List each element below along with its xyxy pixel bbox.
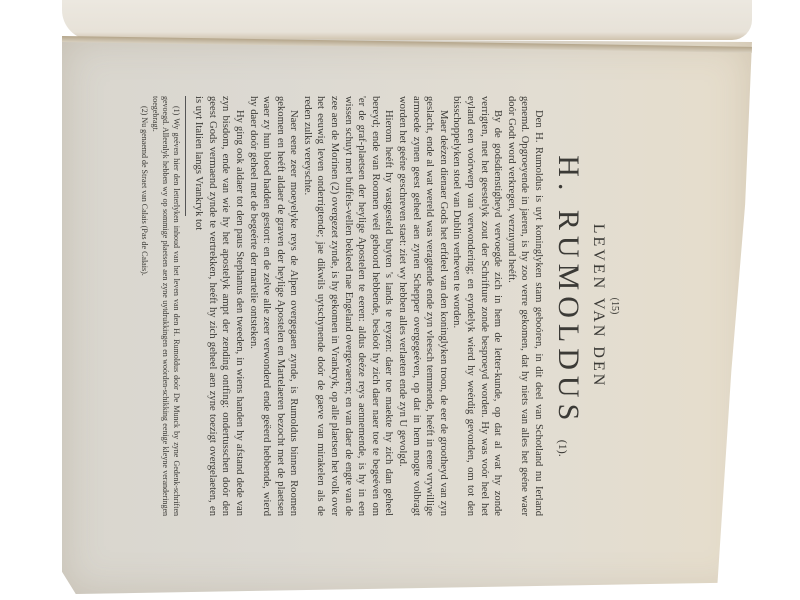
- paragraph-4: Hierom heéft hy vastgesteld buyten 's la…: [300, 96, 395, 516]
- footnote-2: (2) Nu genaemd de Straet van Calais (Pas…: [139, 96, 150, 516]
- heading-line-2: H. RUMOLDUS (1).: [551, 96, 585, 516]
- heading-title: H. RUMOLDUS: [552, 155, 585, 426]
- paragraph-3: Maer deézen dienaer Gods het erfdeel van…: [395, 96, 449, 516]
- paragraph-6: Hy ging ook aldaer tot den paus Stephanu…: [192, 96, 246, 516]
- previous-page-edge: [62, 0, 752, 40]
- paragraph-1: Den H. Rumoldus is uyt koninglyken stam …: [504, 96, 545, 516]
- paragraph-2: By de godsdienstigheyd vervoegde zich in…: [450, 96, 504, 516]
- page-number: (15): [609, 96, 620, 516]
- rotated-text-block: (15) LEVEN VAN DEN H. RUMOLDUS (1). Den …: [75, 96, 620, 516]
- footnote-ref: (1).: [556, 440, 570, 457]
- footnote-1: (1) Wy geéven hier den letterlyken inhou…: [149, 96, 181, 516]
- heading-line-1: LEVEN VAN DEN: [589, 96, 607, 516]
- paragraph-5: Naer eene zeer moeyelyke reys de Alpen o…: [246, 96, 300, 516]
- footnote-divider: [185, 96, 186, 216]
